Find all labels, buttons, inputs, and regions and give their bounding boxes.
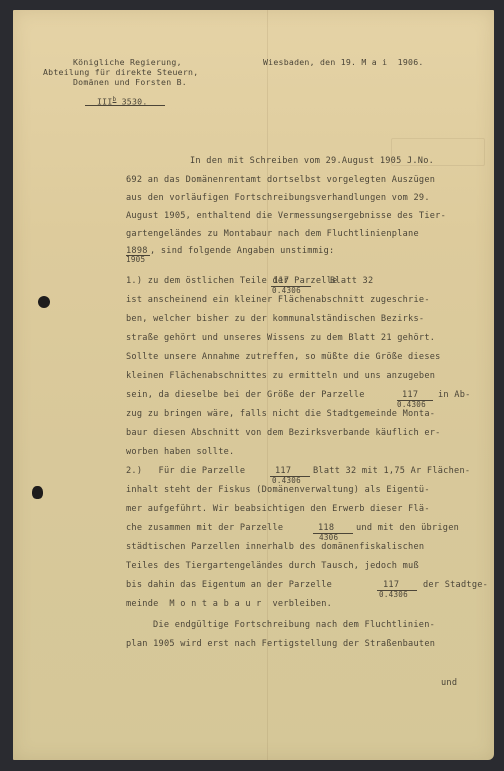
point2-line-5: städtischen Parzellen innerhalb des domä… <box>126 542 424 552</box>
intro-fraction-den: 1905 <box>126 255 145 265</box>
letterhead-line-2: Abteilung für direkte Steuern, <box>43 67 198 77</box>
point2-line-4-pre: che zusammen mit der Parzelle <box>126 523 289 533</box>
point2-line-6: Teiles des Tiergartengeländes durch Taus… <box>126 561 419 571</box>
point1-line-8: zug zu bringen wäre, falls nicht die Sta… <box>126 409 435 419</box>
point2-frac3-num: 117 <box>383 580 399 590</box>
point1-line-4: straße gehört und unseres Wissens zu dem… <box>126 333 435 343</box>
point2-line-2: inhalt steht der Fiskus (Domänenverwaltu… <box>126 485 430 495</box>
point1-line-7-post: in Ab- <box>438 390 471 400</box>
point2-line-1-pre: 2.) Für die Parzelle <box>126 466 251 476</box>
closing-line-2: plan 1905 wird erst nach Fertigstellung … <box>126 639 435 649</box>
intro-line-4: August 1905, enthaltend die Vermessungse… <box>126 211 446 221</box>
point2-frac1-num: 117 <box>275 466 291 476</box>
letterhead-line-3: Domänen und Forsten B. <box>73 77 187 87</box>
point1-line-3: ben, welcher bisher zu der kommunalständ… <box>126 314 424 324</box>
punch-hole-top <box>38 296 50 308</box>
dateline: Wiesbaden, den 19. M a i 1906. <box>263 57 424 67</box>
point1-frac1-num: 117 <box>273 276 289 286</box>
point1-line-9: baur diesen Abschnitt von dem Bezirksver… <box>126 428 441 438</box>
point1-line-1-post: Blatt 32 <box>330 276 373 286</box>
point2-line-8: meinde M o n t a b a u r verbleiben. <box>126 599 332 609</box>
letterhead-line-1: Königliche Regierung, <box>73 57 182 67</box>
point1-line-7-pre: sein, da dieselbe bei der Größe der Parz… <box>126 390 370 400</box>
intro-line-5: gartengeländes zu Montabaur nach dem Flu… <box>126 229 419 239</box>
point2-line-7-pre: bis dahin das Eigentum an der Parzelle <box>126 580 338 590</box>
point1-line-2: ist anscheinend ein kleiner Flächenabsch… <box>126 295 430 305</box>
point2-frac3-den: 0.4306 <box>379 590 408 600</box>
reference-underline <box>85 105 165 106</box>
point1-line-6: kleinen Flächenabschnittes zu ermitteln … <box>126 371 435 381</box>
point1-line-10: worben haben sollte. <box>126 447 234 457</box>
point2-line-7-post: der Stadtge- <box>423 580 488 590</box>
point1-line-5: Sollte unsere Annahme zutreffen, so müßt… <box>126 352 441 362</box>
closing-line-1: Die endgültige Fortschreibung nach dem F… <box>153 620 435 630</box>
point2-line-1-post: Blatt 32 mit 1,75 Ar Flächen- <box>313 466 470 476</box>
point2-line-4-post: und mit den übrigen <box>356 523 459 533</box>
point2-frac2-num: 118 <box>318 523 334 533</box>
punch-hole-bottom <box>32 486 43 499</box>
continuation-word: und <box>441 678 457 688</box>
intro-line-3: aus den vorläufigen Fortschreibungsverha… <box>126 193 430 203</box>
point1-line-1-pre: 1.) zu dem östlichen Teile der Parzelle <box>126 276 343 286</box>
intro-line-2: 692 an das Domänenrentamt dortselbst vor… <box>126 175 435 185</box>
document-page: Königliche Regierung, Abteilung für dire… <box>13 10 494 760</box>
intro-tail: , sind folgende Angaben unstimmig: <box>150 246 334 256</box>
intro-line-1: In den mit Schreiben vom 29.August 1905 … <box>190 156 434 166</box>
point2-line-3: mer aufgeführt. Wir beabsichtigen den Er… <box>126 504 430 514</box>
point1-frac2-num: 117 <box>402 390 418 400</box>
